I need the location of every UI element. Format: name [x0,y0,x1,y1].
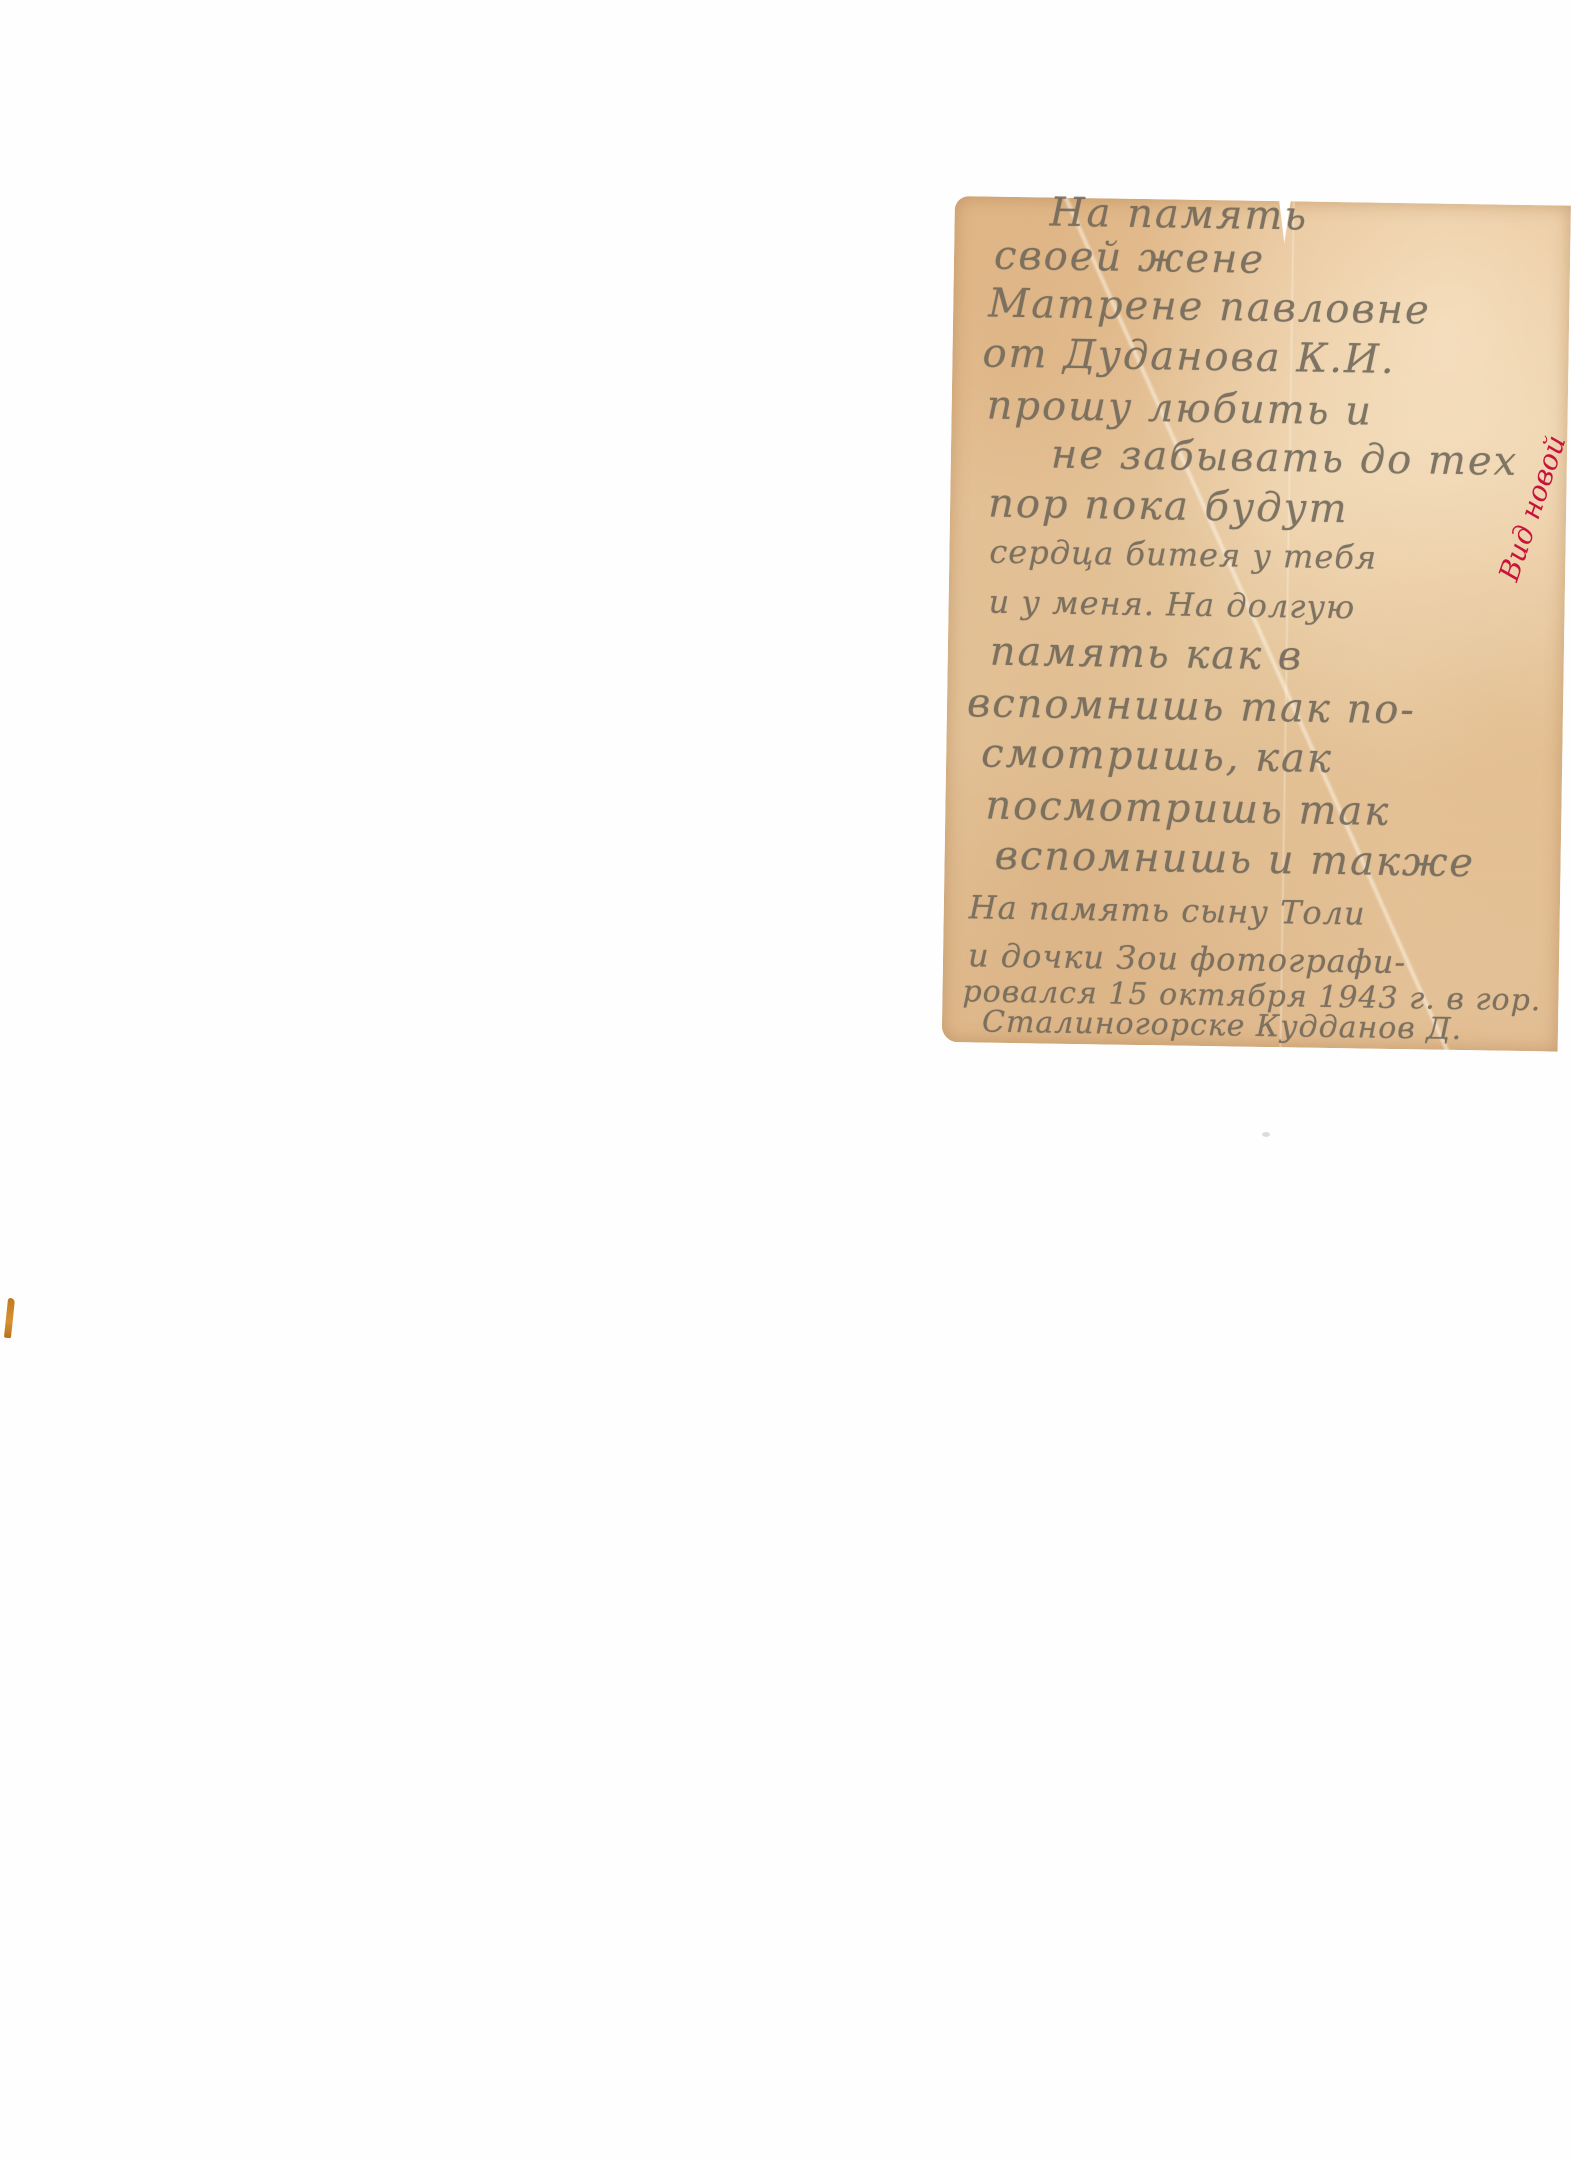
dust-speck [1262,1132,1270,1137]
orange-margin-mark [4,1298,15,1339]
photo-card-back: На память своей жене Матрене павловне от… [942,196,1571,1052]
dedication-line-12: смотришь, как [981,730,1333,782]
dedication-line-1: На память [1049,189,1308,239]
scanned-page: На память своей жене Матрене павловне от… [0,0,1571,2160]
dedication-line-11: вспомнишь так по- [967,680,1417,733]
dedication-line-6: не забывать до тех [1051,432,1519,485]
dedication-line-13: посмотришь так [985,783,1391,835]
dedication-line-14: вспомнишь и также [994,833,1475,887]
dedication-line-18: Сталиногорске Кудданов Д. [982,1005,1463,1048]
handwritten-dedication: На память своей жене Матрене павловне от… [942,196,1571,1052]
dedication-line-5: прошу любить и [986,383,1373,435]
dedication-line-8: сердца битея у тебя [989,533,1377,577]
dedication-line-3: Матрене павловне [988,281,1431,334]
dedication-line-2: своей жене [994,233,1266,283]
dedication-line-15: На память сыну Толи [969,888,1366,932]
dedication-line-4: от Дуданова К.И. [982,330,1396,382]
dedication-line-9: и у меня. На долгую [988,583,1355,627]
dedication-line-7: пор пока будут [988,481,1349,533]
dedication-line-10: память как в [989,629,1303,680]
